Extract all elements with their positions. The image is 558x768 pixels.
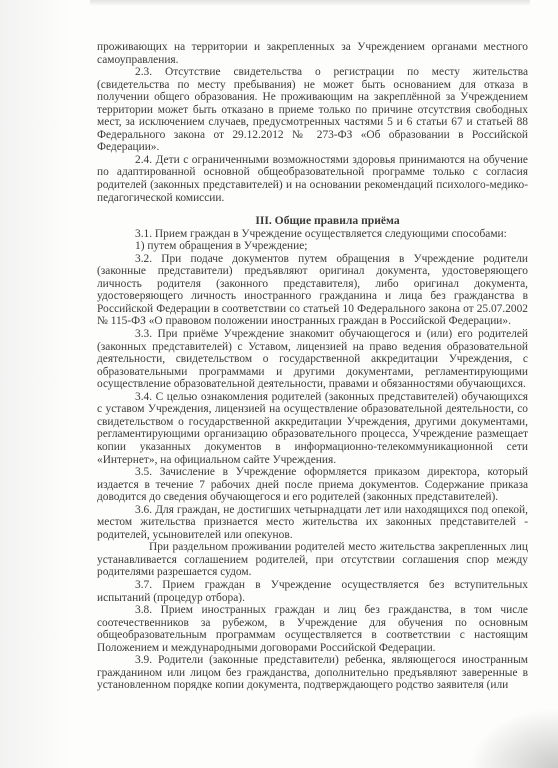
paragraph-2-3: 2.3. Отсутствие свидетельства о регистра…: [97, 66, 528, 154]
paragraph-3-3: 3.3. При приёме Учреждение знакомит обуч…: [97, 328, 528, 391]
paragraph-3-9: 3.9. Родители (законные представители) р…: [97, 654, 528, 692]
paragraph-3-5: 3.5. Зачисление в Учреждение оформляется…: [97, 466, 528, 504]
paragraph-3-2: 3.2. При подаче документов путем обращен…: [97, 253, 528, 328]
section-heading: III. Общие правила приёма: [97, 215, 528, 228]
document-page: проживающих на территории и закрепленных…: [97, 41, 528, 692]
spacer: [97, 204, 528, 208]
paragraph-3-8: 3.8. Прием иностранных граждан и лиц без…: [97, 604, 528, 654]
paragraph-2-2-continuation: проживающих на территории и закрепленных…: [97, 41, 528, 66]
paragraph-3-6-separate-residence: При раздельном проживании родителей мест…: [97, 541, 528, 579]
paragraph-3-1-item-1: 1) путем обращения в Учреждение;: [97, 240, 528, 253]
paragraph-3-6: 3.6. Для граждан, не достигших четырнадц…: [97, 504, 528, 542]
paragraph-3-1: 3.1. Прием граждан в Учреждение осуществ…: [97, 228, 528, 241]
scan-left-edge: [0, 0, 70, 768]
paragraph-3-7: 3.7. Прием граждан в Учреждение осуществ…: [97, 579, 528, 604]
paragraph-3-4: 3.4. С целью ознакомления родителей (зак…: [97, 391, 528, 466]
paragraph-2-4: 2.4. Дети с ограниченными возможностями …: [97, 154, 528, 204]
scan-top-shadow: [90, 0, 530, 6]
scan-corner-shadow: [468, 708, 558, 768]
